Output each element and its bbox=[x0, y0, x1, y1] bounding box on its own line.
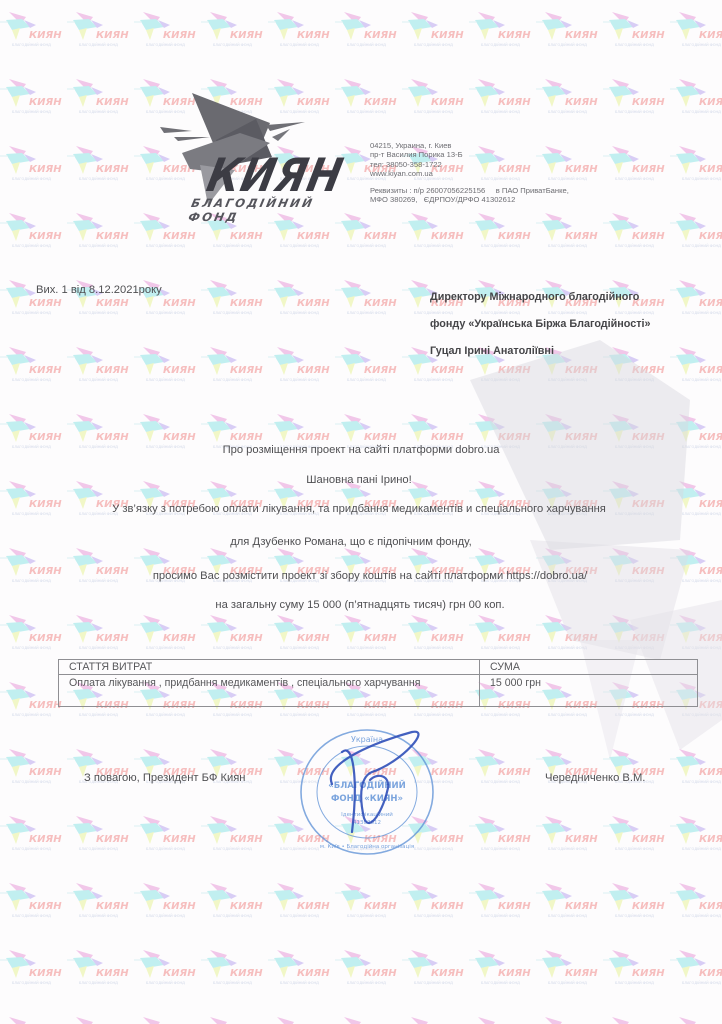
logo-subtitle: БЛАГОДІЙНИЙ ФОНД bbox=[187, 196, 363, 224]
phone-line: тел: 38050-358-1722 bbox=[370, 160, 569, 169]
letter-subject: Про розміщення проект на сайті платформи… bbox=[0, 444, 722, 456]
stamp-title-2: ФОНД «КИЯН» bbox=[331, 794, 403, 804]
table-header-row: СТАТТЯ ВИТРАТ СУМА bbox=[59, 660, 698, 675]
address-line: 04215, Украина, г. Киев bbox=[370, 141, 569, 150]
outgoing-reference: Вих. 1 від 8.12.2021року bbox=[36, 284, 162, 296]
body-paragraph: просимо Вас розмістити проект зі збору к… bbox=[9, 570, 722, 582]
closing-signoff: З повагою, Президент БФ Киян bbox=[84, 772, 245, 784]
website-line: www.kiyan.com.ua bbox=[370, 169, 569, 178]
stamp-code-label: Ідентифікаційний bbox=[341, 811, 393, 818]
body-paragraph: на загальну суму 15 000 (п’ятнадцять тис… bbox=[0, 599, 721, 611]
address-line: пр-т Василия Порика 13-Б bbox=[370, 150, 569, 159]
recipient-block: Директору Міжнародного благодійного фонд… bbox=[430, 284, 651, 365]
expense-amount: 15 000 грн bbox=[480, 675, 698, 707]
requisites-line: МФО 380269, ЄДРПОУ/ДРФО 41302612 bbox=[370, 195, 569, 204]
recipient-line: фонду «Українська Біржа Благодійності» bbox=[430, 311, 651, 338]
recipient-name: Гуцал Ірині Анатоліївні bbox=[430, 338, 651, 365]
header-amount: СУМА bbox=[480, 660, 698, 675]
stamp-title-1: «БЛАГОДІЙНИЙ bbox=[328, 779, 405, 791]
contact-details: 04215, Украина, г. Киев пр-т Василия Пор… bbox=[370, 141, 569, 204]
official-stamp: Україна «БЛАГОДІЙНИЙ ФОНД «КИЯН» Ідентиф… bbox=[292, 722, 442, 860]
header-expense-item: СТАТТЯ ВИТРАТ bbox=[59, 660, 480, 675]
foundation-logo: КИЯН БЛАГОДІЙНИЙ ФОНД bbox=[160, 85, 360, 220]
expenses-table: СТАТТЯ ВИТРАТ СУМА Оплата лікування , пр… bbox=[58, 659, 698, 707]
requisites-line: Реквизиты : п/р 26007056225156 в ПАО При… bbox=[370, 186, 569, 195]
signatory-name: Чередниченко В.М. bbox=[545, 772, 645, 784]
letter-greeting: Шановна пані Ірино! bbox=[0, 474, 720, 486]
body-paragraph: для Дзубенко Романа, що є підопічним фон… bbox=[0, 536, 712, 548]
logo-wordmark: КИЯН bbox=[202, 150, 348, 203]
recipient-line: Директору Міжнародного благодійного bbox=[430, 284, 651, 311]
table-row: Оплата лікування , придбання медикаменті… bbox=[59, 675, 698, 707]
stamp-ring-text: м. Київ • Благодійна організація bbox=[320, 843, 414, 850]
body-paragraph: У зв’язку з потребою оплати лікування, т… bbox=[0, 503, 720, 515]
expense-item: Оплата лікування , придбання медикаменті… bbox=[59, 675, 480, 707]
